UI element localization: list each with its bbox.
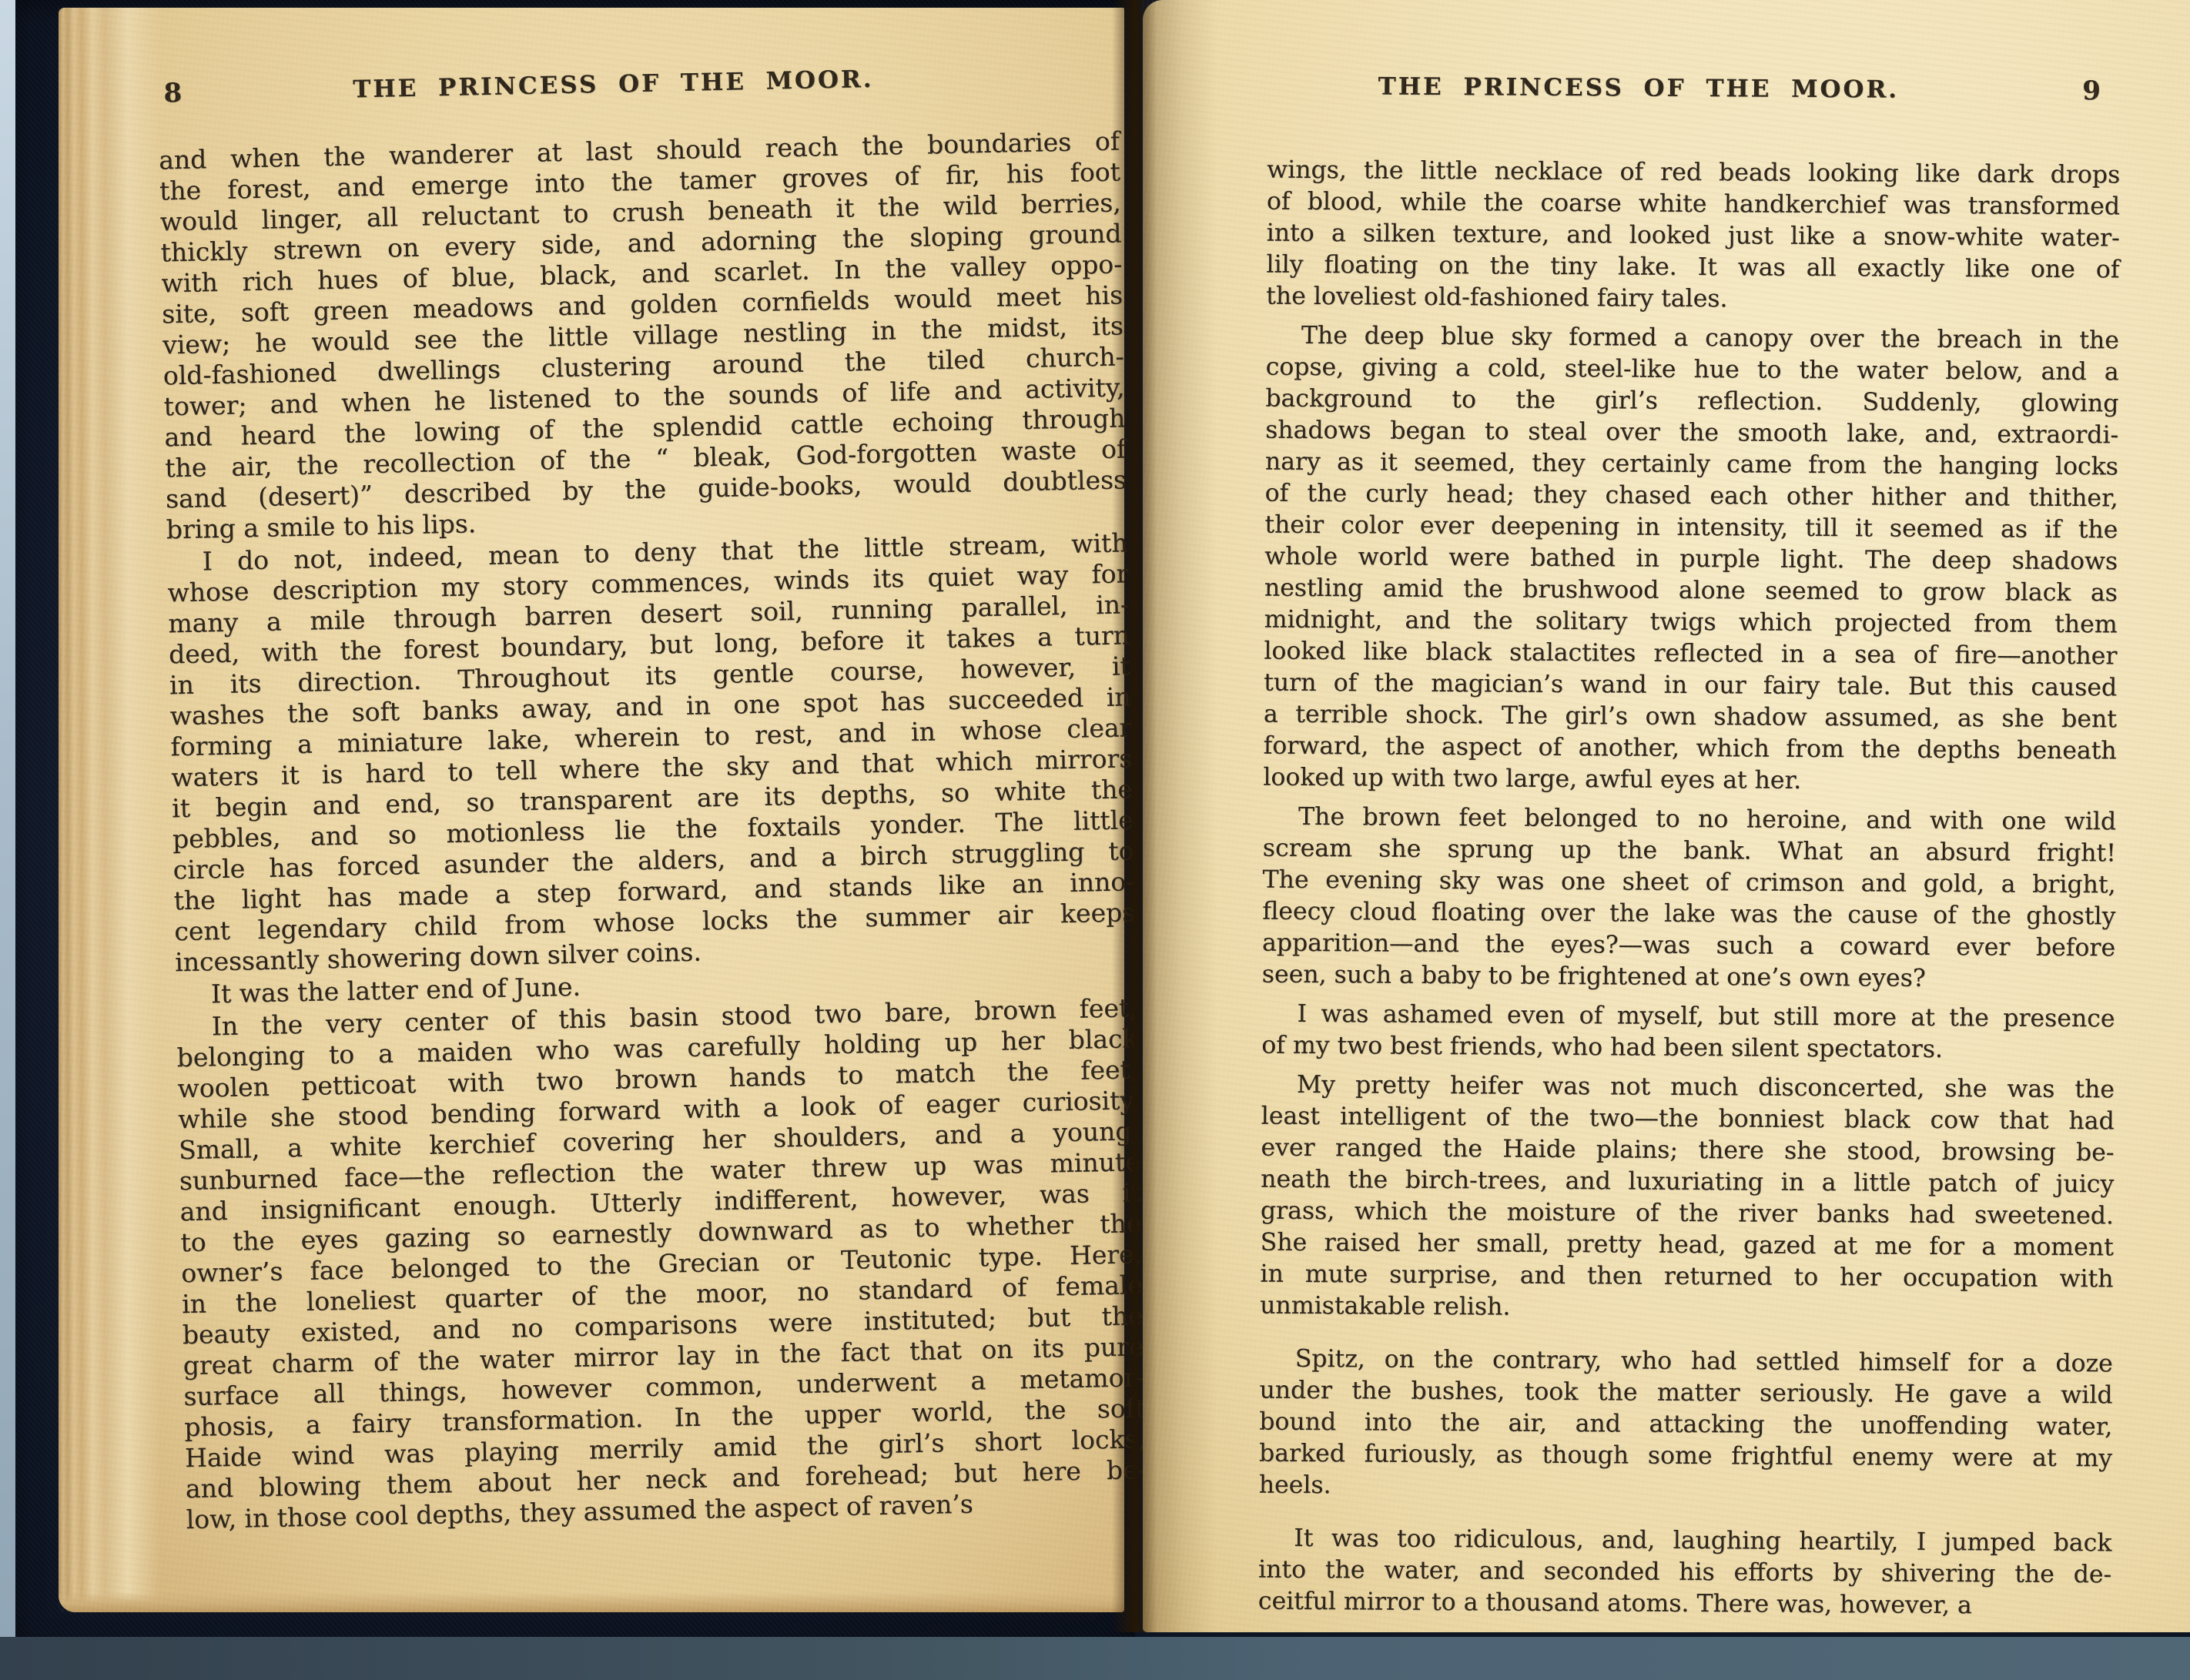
text-line: neath the birch-trees, and luxuriating i… [1261,1164,2114,1201]
text-line: background to the girl’s reflection. Sud… [1265,383,2118,420]
text-line: The evening sky was one sheet of crimson… [1262,865,2115,902]
text-line: turn of the magician’s wand in our fairy… [1264,668,2117,704]
text-line: of my two best friends, who had been sil… [1261,1030,2115,1067]
right-page: THE PRINCESS OF THE MOOR. 9 wings, the l… [1143,0,2190,1632]
text-line: whole world were bathed in purple light.… [1264,541,2118,578]
text-line: The deep blue sky formed a canopy over t… [1266,320,2119,357]
right-page-body-text: wings, the little necklace of red beads … [1258,155,2121,1623]
text-line: nestling amid the brushwood alone seemed… [1264,573,2118,610]
text-line: least intelligent of the two—the bonnies… [1261,1101,2115,1138]
text-line: Spitz, on the contrary, who had settled … [1260,1344,2113,1380]
paragraph: I was ashamed even of myself, but still … [1261,999,2115,1067]
text-line: the loveliest old-fashioned fairy tales. [1266,281,2119,318]
text-line: My pretty heifer was not much disconcert… [1261,1069,2115,1106]
book-gutter [1112,0,1157,1632]
right-running-head: THE PRINCESS OF THE MOOR. 9 [1267,70,2121,108]
text-line: ceitful mirror to a thousand atoms. Ther… [1258,1586,2111,1623]
text-line: The brown feet belonged to no heroine, a… [1263,802,2116,838]
paragraph: The brown feet belonged to no heroine, a… [1262,802,2116,996]
text-line: copse, giving a cold, steel-like hue to … [1266,352,2119,389]
left-page-content: 8 THE PRINCESS OF THE MOOR. and when the… [157,58,1147,1535]
left-page-body-text: and when the wanderer at last should rea… [159,125,1147,1535]
paragraph: wings, the little necklace of red beads … [1266,155,2120,318]
text-line: into the water, and seconded his efforts… [1258,1555,2111,1591]
text-line: into a silken texture, and looked just l… [1267,218,2120,255]
right-page-number: 9 [2082,75,2101,107]
text-line: I was ashamed even of myself, but still … [1261,999,2115,1036]
right-page-content: THE PRINCESS OF THE MOOR. 9 wings, the l… [1258,70,2121,1623]
text-line: It was too ridiculous, and, laughing hea… [1258,1523,2111,1560]
left-page-bottom-edge [59,1592,1124,1612]
paragraph: and when the wanderer at last should rea… [159,125,1127,545]
text-line: fleecy cloud floating over the lake was … [1262,896,2115,933]
text-line: bound into the air, and attacking the un… [1259,1407,2112,1444]
text-line: shadows began to steal over the smooth l… [1265,415,2118,452]
text-line: She raised her small, pretty head, gazed… [1261,1227,2114,1264]
book-scan: 8 THE PRINCESS OF THE MOOR. and when the… [0,0,2190,1680]
scanner-bed-left-strip [0,0,15,1680]
left-running-title: THE PRINCESS OF THE MOOR. [132,59,1094,110]
left-running-head: 8 THE PRINCESS OF THE MOOR. [157,58,1119,109]
text-line: ever ranged the Haide plains; there she … [1261,1133,2114,1170]
text-line: looked like black stalactites reflected … [1264,636,2117,673]
text-line: unmistakable relish. [1260,1290,2113,1327]
text-line: a terrible shock. The girl’s own shadow … [1264,699,2117,736]
text-line: in mute surprise, and then returned to h… [1260,1259,2113,1296]
scanner-bed-bottom-band [0,1637,2190,1680]
right-running-title: THE PRINCESS OF THE MOOR. [1212,69,2065,107]
text-line: apparition—and the eyes?—was such a cowa… [1262,928,2115,965]
text-line: scream she sprung up the bank. What an a… [1263,833,2116,870]
text-line: barked furiously, as though some frightf… [1259,1438,2112,1475]
text-line: wings, the little necklace of red beads … [1267,155,2120,192]
text-line: of the curly head; they chased each othe… [1265,478,2118,515]
text-line: forward, the aspect of another, which fr… [1264,731,2117,768]
text-line: seen, such a baby to be frightened at on… [1262,959,2115,996]
paragraph: Spitz, on the contrary, who had settled … [1259,1344,2113,1507]
text-line: their color ever deepening in intensity,… [1264,510,2118,547]
paragraph: The deep blue sky formed a canopy over t… [1263,320,2119,799]
paragraph: I do not, indeed, mean to deny that the … [166,527,1136,978]
text-line: heels. [1259,1470,2112,1507]
text-line: under the bushes, took the matter seriou… [1259,1375,2112,1412]
text-line: grass, which the moisture of the river b… [1261,1196,2114,1233]
left-page: 8 THE PRINCESS OF THE MOOR. and when the… [59,8,1124,1612]
paragraph: My pretty heifer was not much disconcert… [1260,1069,2115,1327]
text-line: of blood, while the coarse white handker… [1267,186,2120,223]
paragraph: It was too ridiculous, and, laughing hea… [1258,1523,2112,1623]
text-line: midnight, and the solitary twigs which p… [1264,604,2118,641]
left-page-stacked-edges [59,8,160,1612]
text-line: looked up with two large, awful eyes at … [1263,762,2116,799]
paragraph: In the very center of this basin stood t… [176,992,1147,1535]
text-line: lily floating on the tiny lake. It was a… [1266,249,2119,286]
text-line: nary as it seemed, they certainly came f… [1265,447,2118,484]
